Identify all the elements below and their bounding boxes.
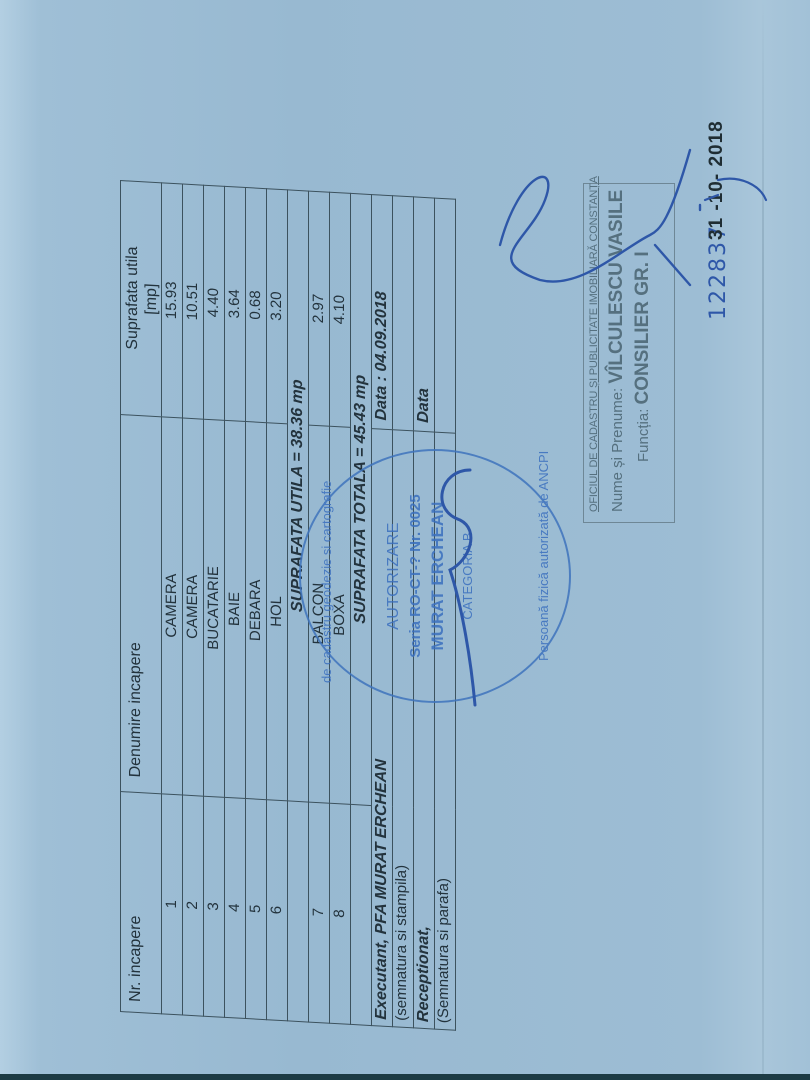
room-area: 0.68 (246, 188, 267, 423)
room-nr: 2 (183, 795, 204, 1017)
stamp-category: CATEGORIA B (457, 451, 479, 701)
office-name-value: VÎLCULESCU VASILE (606, 190, 627, 384)
page-edge-shadow (762, 0, 764, 1080)
stamp-series: Seria RO-CT-? Nr. 0025 (405, 451, 427, 701)
room-area: 3.20 (267, 189, 288, 424)
total-totala-spacer (351, 804, 372, 1026)
room-nr: 6 (267, 799, 288, 1021)
stamp-inner: AUTORIZARE Seria RO-CT-? Nr. 0025 MURAT … (383, 451, 479, 701)
room-nr: 1 (162, 793, 183, 1015)
table-row: 3 BUCATARIE 4.40 (204, 185, 225, 1017)
office-function-value: CONSILIER GR. I (632, 251, 653, 404)
table-row: 5 DEBARA 0.68 (246, 188, 267, 1020)
room-nr: 5 (246, 798, 267, 1020)
room-nr: 4 (225, 797, 246, 1019)
stamp-ring-bottom-text: Persoană fizică autorizată de ANCPI (536, 451, 551, 661)
room-area: 10.51 (183, 184, 204, 419)
room-name: CAMERA (183, 418, 204, 796)
office-name: OFICIUL DE CADASTRU ȘI PUBLICITATE IMOBI… (588, 194, 600, 512)
header-denumire: Denumire incapere (121, 414, 162, 793)
room-name: BUCATARIE (204, 419, 225, 797)
office-function-row: Funcția: CONSILIER GR. I (632, 194, 654, 512)
table-row: 2 CAMERA 10.51 (183, 184, 204, 1016)
office-name-label: Nume și Prenume: (609, 388, 626, 512)
room-area: 3.64 (225, 186, 246, 421)
room-name: HOL (267, 423, 288, 801)
header-suprafata-label: Suprafata utila (123, 187, 142, 409)
executant-signature-blank (393, 196, 414, 431)
table-row: 1 CAMERA 15.93 (162, 183, 183, 1015)
receptionat-date-label: Data (414, 197, 435, 432)
stamp-holder: MURAT ERCHEAN (427, 451, 449, 701)
header-suprafata: Suprafata utila [mp] (121, 181, 162, 417)
office-stamp: OFICIUL DE CADASTRU ȘI PUBLICITATE IMOBI… (583, 183, 675, 523)
office-function-label: Funcția: (635, 409, 652, 462)
bottom-bar (0, 1074, 810, 1080)
room-area: 15.93 (162, 183, 183, 418)
surveyor-round-stamp: de cadastru geodezie si cartografie AUTO… (299, 449, 571, 703)
room-area: 2.97 (309, 191, 330, 426)
table-row: 4 BAIE 3.64 (225, 186, 246, 1018)
room-name: BAIE (225, 420, 246, 798)
room-area: 4.40 (204, 185, 225, 420)
room-area: 4.10 (330, 192, 351, 427)
room-nr: 8 (330, 803, 351, 1025)
room-name: CAMERA (162, 417, 183, 795)
header-nr: Nr. incapere (121, 791, 162, 1014)
receptionat-signature-blank (435, 198, 456, 433)
room-nr: 3 (204, 796, 225, 1018)
table-row: 6 HOL 3.20 (267, 189, 288, 1021)
stamp-ring-top-text: de cadastru geodezie si cartografie (319, 481, 334, 683)
total-utila: SUPRAFATA UTILA = 38.36 mp (288, 190, 309, 802)
header-suprafata-unit: [mp] (142, 188, 161, 410)
room-name: DEBARA (246, 421, 267, 799)
executant-date: Data : 04.09.2018 (372, 195, 393, 430)
room-nr: 7 (309, 802, 330, 1024)
table-header-row: Nr. incapere Denumire incapere Suprafata… (121, 181, 162, 1014)
office-name-row: Nume și Prenume: VÎLCULESCU VASILE (606, 194, 628, 512)
received-date-stamp: 31 -10- 2018 (706, 120, 728, 240)
total-utila-spacer (288, 800, 309, 1022)
stamp-authorization: AUTORIZARE (383, 451, 405, 701)
